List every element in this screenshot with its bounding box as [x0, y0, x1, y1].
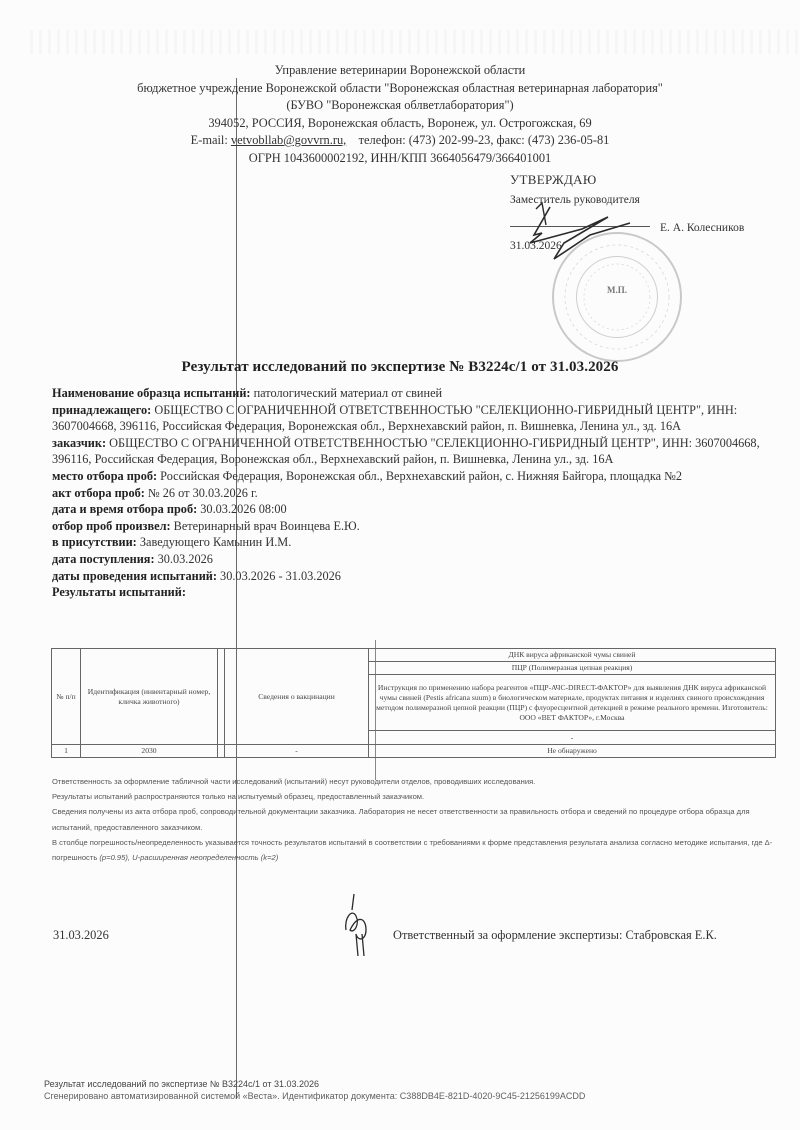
footer-doc-ref: Результат исследований по экспертизе № В… [44, 1078, 585, 1090]
note-uncertainty-formula: (р=0.95), U-расширенная неопределенность… [99, 853, 278, 862]
field-value: 30.03.2026 [155, 552, 213, 566]
results-table: № п/п Идентификация (инвентарный номер, … [51, 648, 776, 758]
field-value: Ветеринарный врач Воинцева Е.Ю. [171, 519, 360, 533]
field-results-heading: Результаты испытаний: [52, 584, 782, 601]
field-receipt-date: дата поступления: 30.03.2026 [52, 551, 782, 568]
note-uncertainty: В столбце погрешность/неопределенность у… [52, 835, 782, 865]
field-label: Наименование образца испытаний: [52, 386, 251, 400]
letterhead: Управление ветеринарии Воронежской облас… [0, 62, 800, 167]
header-method: ПЦР (Полимеразная цепная реакция) [369, 662, 776, 675]
field-value: Заведующего Камынин И.М. [137, 535, 292, 549]
email-link[interactable]: vetvobllab@govvrn.ru, [231, 133, 346, 147]
field-value: ОБЩЕСТВО С ОГРАНИЧЕННОЙ ОТВЕТСТВЕННОСТЬЮ… [52, 436, 760, 467]
header-num: № п/п [52, 649, 81, 745]
field-label: в присутствии: [52, 535, 137, 549]
letterhead-institution: бюджетное учреждение Воронежской области… [0, 80, 800, 98]
header-units: - [369, 731, 776, 745]
cell-num: 1 [52, 745, 81, 758]
header-identification: Идентификация (инвентарный номер, кличка… [81, 649, 218, 745]
field-value: ОБЩЕСТВО С ОГРАНИЧЕННОЙ ОТВЕТСТВЕННОСТЬЮ… [52, 403, 737, 434]
field-customer: заказчик: ОБЩЕСТВО С ОГРАНИЧЕННОЙ ОТВЕТС… [52, 435, 782, 468]
header-instruction: Инструкция по применению набора реагенто… [369, 675, 776, 731]
seal-stamp-icon: М.П. [552, 232, 682, 362]
table-row: 1 2030 - Не обнаружено [52, 745, 776, 758]
letterhead-registration: ОГРН 1043600002192, ИНН/КПП 3664056479/3… [0, 150, 800, 168]
email-label: E-mail: [191, 133, 228, 147]
field-value: 30.03.2026 - 31.03.2026 [217, 569, 341, 583]
phone-fax: телефон: (473) 202-99-23, факс: (473) 23… [359, 133, 610, 147]
field-sample-name: Наименование образца испытаний: патологи… [52, 385, 782, 402]
letterhead-contacts: E-mail: vetvobllab@govvrn.ru, телефон: (… [0, 132, 800, 150]
footer-generated-by: Сгенерировано автоматизированной системо… [44, 1090, 585, 1102]
field-witness: в присутствии: Заведующего Камынин И.М. [52, 534, 782, 551]
responsible-person: Ответственный за оформление экспертизы: … [393, 928, 717, 943]
field-label: даты проведения испытаний: [52, 569, 217, 583]
responsible-signature-icon [336, 890, 386, 960]
header-empty [218, 649, 225, 745]
field-sampling-datetime: дата и время отбора проб: 30.03.2026 08:… [52, 501, 782, 518]
field-label: Результаты испытаний: [52, 585, 186, 599]
cell-vaccination: - [225, 745, 369, 758]
field-sampled-by: отбор проб произвел: Ветеринарный врач В… [52, 518, 782, 535]
note-responsibility: Ответственность за оформление табличной … [52, 774, 782, 789]
field-value: № 26 от 30.03.2026 г. [145, 486, 258, 500]
field-label: дата и время отбора проб: [52, 502, 197, 516]
page-footer: Результат исследований по экспертизе № В… [44, 1078, 585, 1102]
field-test-dates: даты проведения испытаний: 30.03.2026 - … [52, 568, 782, 585]
letterhead-address: 394052, РОССИЯ, Воронежская область, Вор… [0, 115, 800, 133]
field-sampling-place: место отбора проб: Российская Федерация,… [52, 468, 782, 485]
field-value: Российская Федерация, Воронежская обл., … [157, 469, 682, 483]
field-value: 30.03.2026 08:00 [197, 502, 287, 516]
footnotes: Ответственность за оформление табличной … [52, 774, 782, 865]
letterhead-authority: Управление ветеринарии Воронежской облас… [0, 62, 800, 80]
field-label: отбор проб произвел: [52, 519, 171, 533]
cell-identification: 2030 [81, 745, 218, 758]
cell-empty [218, 745, 225, 758]
field-label: дата поступления: [52, 552, 155, 566]
footer-date: 31.03.2026 [53, 928, 109, 943]
letterhead-short-name: (БУВО "Воронежская облветлаборатория") [0, 97, 800, 115]
cell-result: Не обнаружено [369, 745, 776, 758]
approval-title: УТВЕРЖДАЮ [510, 172, 770, 188]
note-source: Сведения получены из акта отбора проб, с… [52, 804, 782, 834]
field-label: принадлежащего: [52, 403, 151, 417]
field-label: акт отбора проб: [52, 486, 145, 500]
header-vaccination: Сведения о вакцинации [225, 649, 369, 745]
document-title: Результат исследований по экспертизе № В… [0, 359, 800, 376]
header-analyte: ДНК вируса африканской чумы свиней [369, 649, 776, 662]
seal-label: М.П. [554, 285, 680, 295]
sample-details: Наименование образца испытаний: патологи… [52, 385, 782, 601]
field-owner: принадлежащего: ОБЩЕСТВО С ОГРАНИЧЕННОЙ … [52, 402, 782, 435]
field-label: место отбора проб: [52, 469, 157, 483]
field-sampling-act: акт отбора проб: № 26 от 30.03.2026 г. [52, 485, 782, 502]
scan-artifact [30, 30, 800, 54]
approver-name: Е. А. Колесников [660, 222, 744, 234]
field-value: патологический материал от свиней [251, 386, 443, 400]
field-label: заказчик: [52, 436, 106, 450]
note-scope: Результаты испытаний распространяются то… [52, 789, 782, 804]
seal-inner-ring [576, 256, 658, 338]
